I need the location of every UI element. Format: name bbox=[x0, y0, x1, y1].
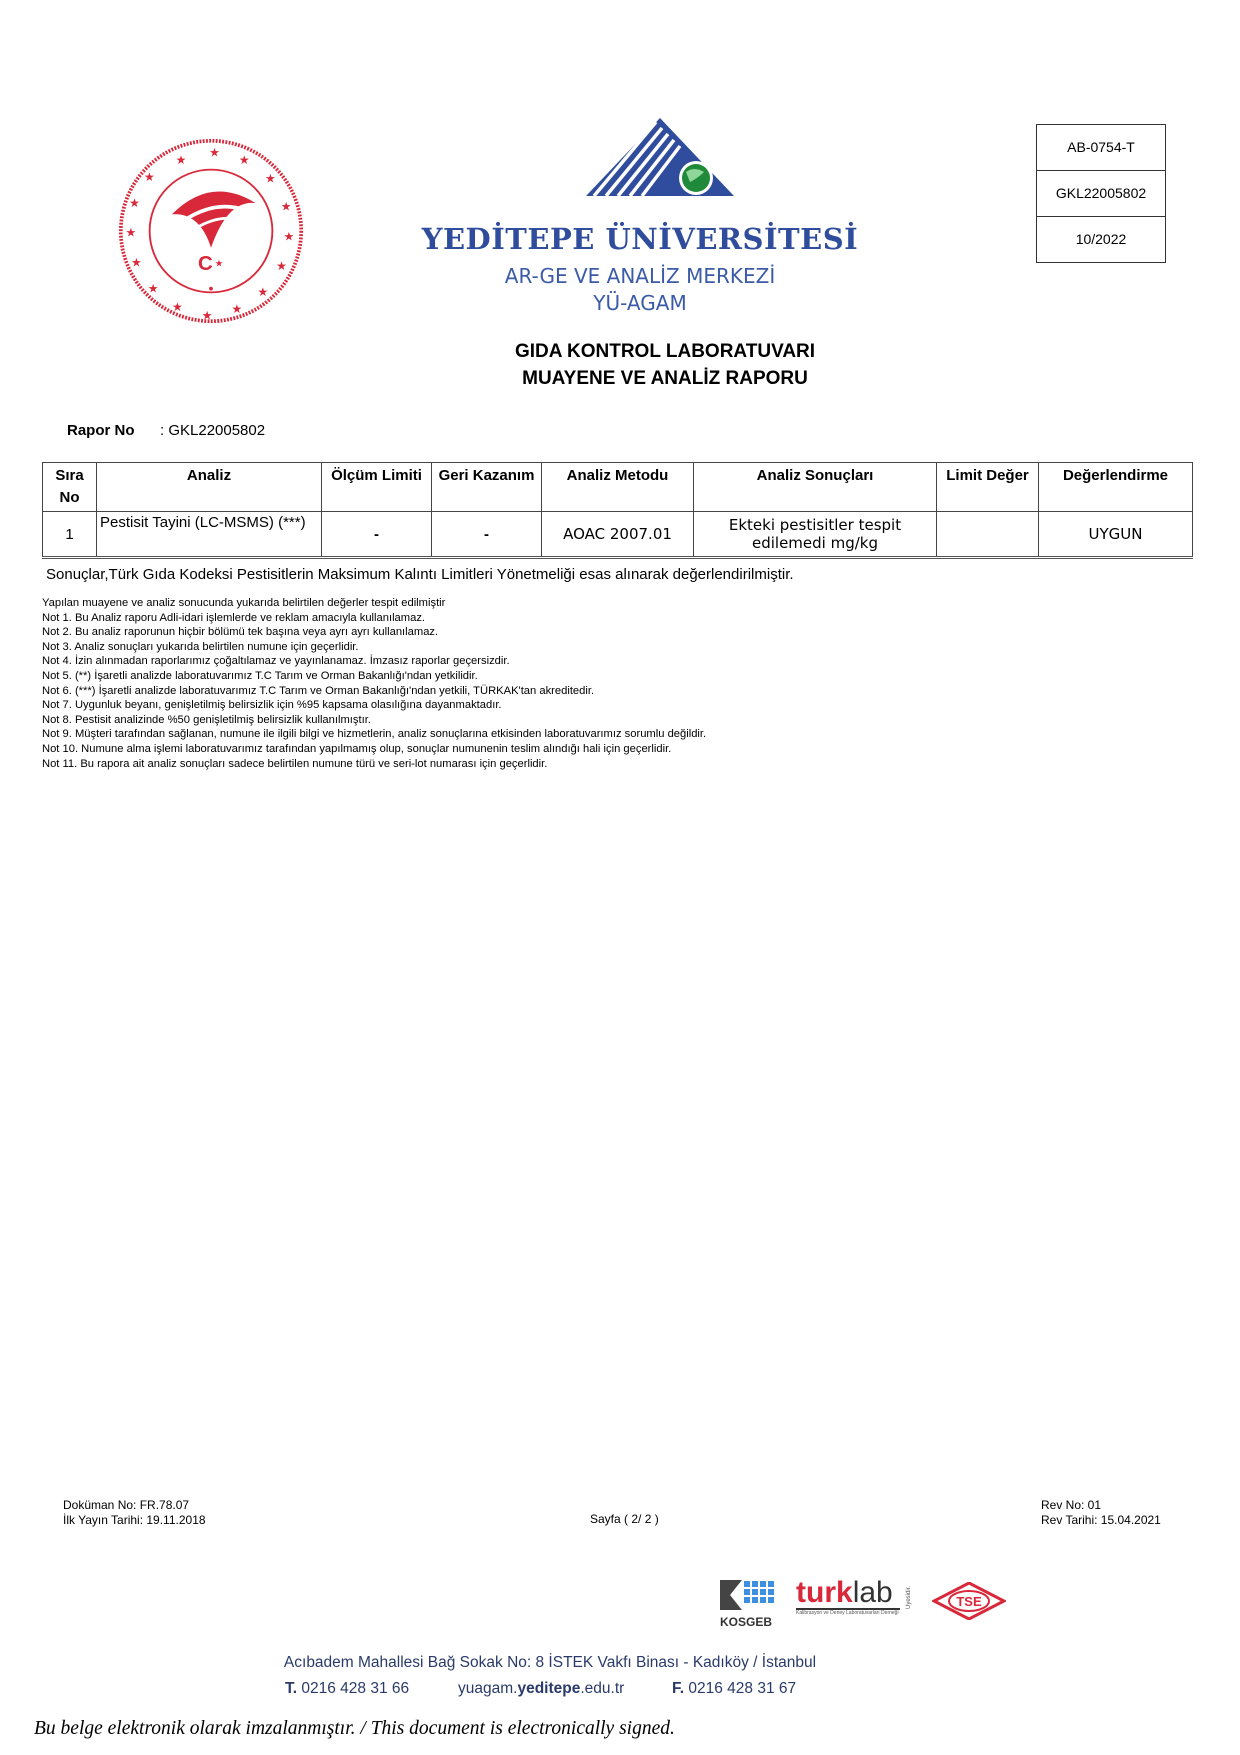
svg-text:★: ★ bbox=[202, 308, 213, 322]
header-sira-no: Sıra No bbox=[43, 463, 97, 512]
fax-number: F. 0216 428 31 67 bbox=[672, 1680, 796, 1698]
notes-list: Yapılan muayene ve analiz sonucunda yuka… bbox=[42, 596, 706, 771]
cell-sira-no: 1 bbox=[43, 512, 97, 558]
svg-text:★: ★ bbox=[176, 153, 187, 167]
turklab-side-text: Üyesidir. bbox=[906, 1586, 912, 1609]
kosgeb-logo: KOSGEB bbox=[720, 1580, 786, 1624]
header-analiz: Analiz bbox=[97, 463, 322, 512]
svg-text:★: ★ bbox=[231, 302, 242, 316]
svg-text:★: ★ bbox=[209, 146, 220, 160]
note-item: Not 8. Pestisit analizinde %50 genişleti… bbox=[42, 713, 706, 728]
header-analiz-sonuclari: Analiz Sonuçları bbox=[694, 463, 937, 512]
note-item: Not 11. Bu rapora ait analiz sonuçları s… bbox=[42, 757, 706, 772]
svg-text:C: C bbox=[198, 252, 213, 275]
report-code: GKL22005802 bbox=[1037, 171, 1165, 217]
phone-label: T. bbox=[285, 1680, 297, 1697]
table-row: 1 Pestisit Tayini (LC-MSMS) (***) - - AO… bbox=[43, 512, 1193, 558]
kosgeb-text: KOSGEB bbox=[720, 1615, 786, 1629]
cell-degerlendirme: UYGUN bbox=[1039, 512, 1193, 558]
lab-title: GIDA KONTROL LABORATUVARI bbox=[440, 341, 890, 363]
header-olcum-limiti: Ölçüm Limiti bbox=[322, 463, 432, 512]
svg-text:★: ★ bbox=[281, 200, 292, 214]
report-number-value: : GKL22005802 bbox=[160, 422, 265, 439]
website-bold: yeditepe bbox=[517, 1680, 580, 1697]
cell-analiz: Pestisit Tayini (LC-MSMS) (***) bbox=[97, 512, 322, 558]
note-item: Not 7. Uygunluk beyanı, genişletilmiş be… bbox=[42, 698, 706, 713]
center-name: AR-GE VE ANALİZ MERKEZİ bbox=[400, 264, 880, 288]
website-link[interactable]: yuagam.yeditepe.edu.tr bbox=[458, 1680, 624, 1698]
report-number-label: Rapor No bbox=[67, 422, 160, 439]
note-item: Not 6. (***) İşaretli analizde laboratuv… bbox=[42, 684, 706, 699]
header-geri-kazanim: Geri Kazanım bbox=[432, 463, 542, 512]
table-header-row: Sıra No Analiz Ölçüm Limiti Geri Kazanım… bbox=[43, 463, 1193, 512]
revision-number: Rev No: 01 bbox=[1041, 1498, 1161, 1513]
turklab-caption: Kalibrasyon ve Deney Laboratuvarları Der… bbox=[796, 1608, 900, 1616]
yeditepe-triangle-logo bbox=[586, 118, 734, 218]
svg-text:★: ★ bbox=[239, 153, 250, 167]
svg-text:★: ★ bbox=[148, 281, 159, 295]
revision-date: Rev Tarihi: 15.04.2021 bbox=[1041, 1513, 1161, 1528]
website-prefix: yuagam. bbox=[458, 1680, 517, 1697]
svg-text:★: ★ bbox=[284, 229, 295, 243]
header-limit-deger: Limit Değer bbox=[937, 463, 1039, 512]
svg-text:★: ★ bbox=[172, 300, 183, 314]
document-info: Doküman No: FR.78.07 İlk Yayın Tarihi: 1… bbox=[63, 1498, 206, 1528]
svg-text:★: ★ bbox=[144, 170, 155, 184]
note-item: Not 4. İzin alınmadan raporlarımız çoğal… bbox=[42, 654, 706, 669]
svg-text:★: ★ bbox=[276, 259, 287, 273]
report-date: 10/2022 bbox=[1037, 217, 1165, 262]
revision-info: Rev No: 01 Rev Tarihi: 15.04.2021 bbox=[1041, 1498, 1161, 1528]
turklab-black-text: lab bbox=[853, 1576, 893, 1609]
cell-geri-kazanim: - bbox=[432, 512, 542, 558]
center-abbr: YÜ-AGAM bbox=[400, 291, 880, 315]
page-number: Sayfa ( 2/ 2 ) bbox=[590, 1512, 659, 1526]
svg-text:★: ★ bbox=[129, 196, 140, 210]
svg-text:★: ★ bbox=[125, 226, 136, 240]
note-intro: Yapılan muayene ve analiz sonucunda yuka… bbox=[42, 596, 706, 611]
svg-text:TSE: TSE bbox=[956, 1594, 982, 1609]
report-number: Rapor No: GKL22005802 bbox=[67, 422, 265, 439]
results-table: Sıra No Analiz Ölçüm Limiti Geri Kazanım… bbox=[42, 462, 1193, 559]
conclusion-text: Sonuçlar,Türk Gıda Kodeksi Pestisitlerin… bbox=[46, 566, 794, 583]
turklab-red-text: turk bbox=[796, 1576, 853, 1609]
svg-text:★: ★ bbox=[258, 285, 269, 299]
note-item: Not 3. Analiz sonuçları yukarıda belirti… bbox=[42, 640, 706, 655]
phone-number: T. 0216 428 31 66 bbox=[285, 1680, 409, 1698]
note-item: Not 10. Numune alma işlemi laboratuvarım… bbox=[42, 742, 706, 757]
tse-logo: TSE bbox=[932, 1582, 1006, 1620]
kosgeb-mark-icon bbox=[720, 1580, 786, 1610]
report-title: MUAYENE VE ANALİZ RAPORU bbox=[440, 368, 890, 390]
turklab-logo: turklab Kalibrasyon ve Deney Laboratuvar… bbox=[796, 1578, 916, 1626]
header-degerlendirme: Değerlendirme bbox=[1039, 463, 1193, 512]
cell-olcum-limiti: - bbox=[322, 512, 432, 558]
fax-label: F. bbox=[672, 1680, 684, 1697]
cell-sonuc: Ekteki pestisitler tespit edilemedi mg/k… bbox=[694, 512, 937, 558]
university-name: YEDİTEPE ÜNİVERSİTESİ bbox=[400, 222, 880, 256]
fax-value: 0216 428 31 67 bbox=[684, 1680, 796, 1697]
phone-value: 0216 428 31 66 bbox=[297, 1680, 409, 1697]
cell-metod: AOAC 2007.01 bbox=[542, 512, 694, 558]
note-item: Not 5. (**) İşaretli analizde laboratuva… bbox=[42, 669, 706, 684]
ministry-seal-logo: ★★★★ ★★★★ ★★★★ ★★★★ C ★ bbox=[118, 138, 304, 324]
website-suffix: .edu.tr bbox=[580, 1680, 624, 1697]
header-analiz-metodu: Analiz Metodu bbox=[542, 463, 694, 512]
note-item: Not 9. Müşteri tarafından sağlanan, numu… bbox=[42, 727, 706, 742]
note-item: Not 2. Bu analiz raporunun hiçbir bölümü… bbox=[42, 625, 706, 640]
accreditation-code: AB-0754-T bbox=[1037, 125, 1165, 171]
first-publish-date: İlk Yayın Tarihi: 19.11.2018 bbox=[63, 1513, 206, 1528]
electronic-signature-note: Bu belge elektronik olarak imzalanmıştır… bbox=[34, 1718, 675, 1740]
cell-limit-deger bbox=[937, 512, 1039, 558]
svg-text:★: ★ bbox=[265, 172, 276, 186]
svg-text:★: ★ bbox=[131, 255, 142, 269]
document-number: Doküman No: FR.78.07 bbox=[63, 1498, 206, 1513]
note-item: Not 1. Bu Analiz raporu Adli-idari işlem… bbox=[42, 611, 706, 626]
svg-text:★: ★ bbox=[215, 258, 223, 268]
address-line: Acıbadem Mahallesi Bağ Sokak No: 8 İSTEK… bbox=[280, 1654, 820, 1672]
document-code-box: AB-0754-T GKL22005802 10/2022 bbox=[1036, 124, 1166, 263]
